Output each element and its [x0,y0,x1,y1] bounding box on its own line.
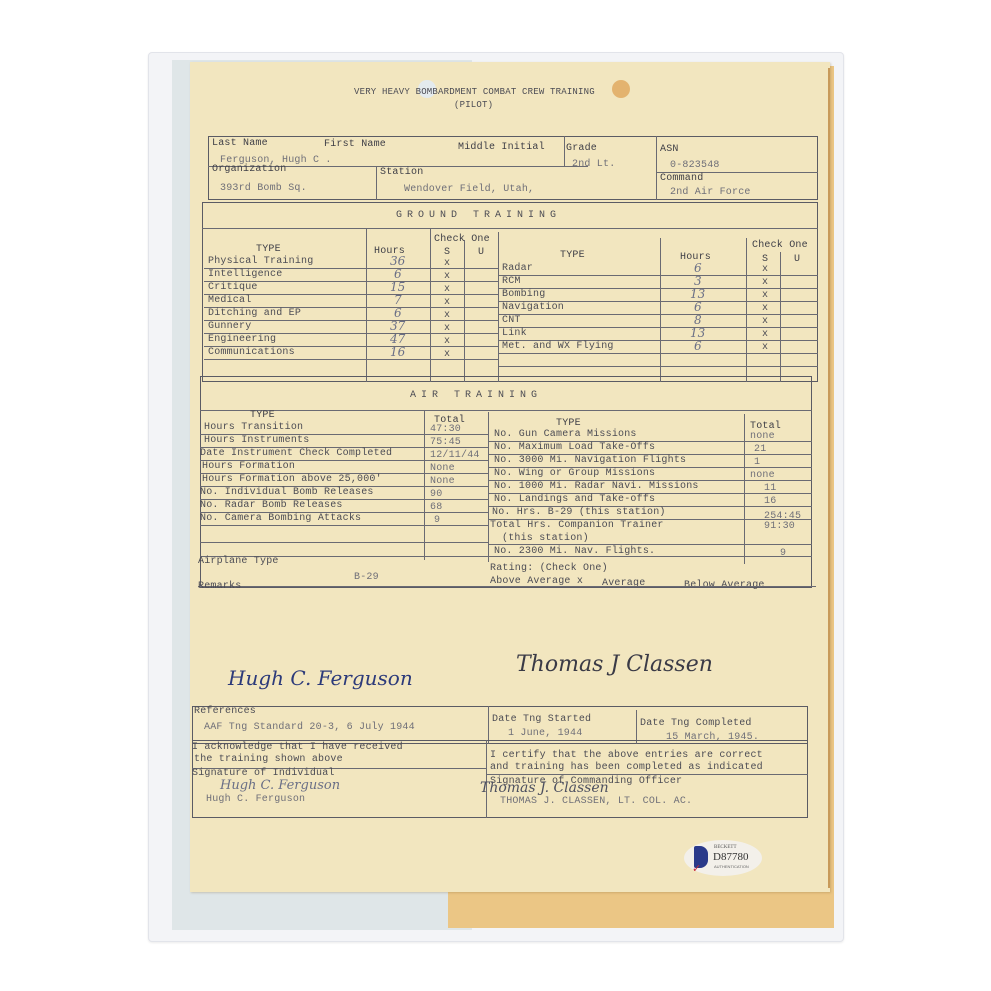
gt-right-check-header: Check One [752,240,808,251]
at-right-type: Total Hrs. Companion Trainer [490,520,664,531]
gt-left-type: Intelligence [208,269,282,280]
paper-right-edge [828,68,830,888]
at-left-total: 68 [430,502,442,513]
gt-right-hours: 3 [694,274,702,288]
officer-signature: Thomas J. Classen [480,780,609,796]
gt-right-hours: 6 [694,261,702,275]
at-left-type: Hours Formation [202,461,295,472]
airplane-type-value: B-29 [354,572,379,583]
date-started-value: 1 June, 1944 [508,728,582,739]
first-name-label: First Name [324,139,386,150]
at-left-total: 12/11/44 [430,450,480,461]
at-left-total: 9 [434,515,440,526]
at-right-type: No. Wing or Group Missions [494,468,655,479]
station-label: Station [380,167,423,178]
asn-value: 0-823548 [670,160,720,171]
gt-left-hours: 37 [390,319,405,333]
at-right-total: none [750,431,775,442]
gt-left-hours: 6 [394,267,402,281]
gt-left-hours: 36 [390,254,405,268]
gt-right-hours: 6 [694,300,702,314]
middle-initial-label: Middle Initial [458,142,545,153]
grade-value: 2nd Lt. [572,159,615,170]
gt-left-type: Physical Training [208,256,313,267]
gt-right-s: x [762,303,768,314]
at-left-type: Hours Formation above 25,000' [202,474,382,485]
date-completed-label: Date Tng Completed [640,718,752,729]
acknowledge-text-line1: I acknowledge that I have received [192,742,403,753]
individual-typed-name: Hugh C. Ferguson [206,794,305,805]
air-training-title: AIR TRAINING [410,390,542,401]
gt-left-type: Ditching and EP [208,308,301,319]
command-value: 2nd Air Force [670,187,751,198]
at-right-type: No. Maximum Load Take-Offs [494,442,655,453]
remarks-label: Remarks [198,581,241,592]
gt-left-type: Critique [208,282,258,293]
gt-left-s: x [444,349,450,360]
sticker-line: AUTHENTICATION [714,864,749,869]
grade-label: Grade [566,143,597,154]
at-right-type: (this station) [502,533,589,544]
at-right-type: No. 3000 Mi. Navigation Flights [494,455,686,466]
ground-training-title: GROUND TRAINING [396,210,561,221]
gt-right-type: RCM [502,276,521,287]
gt-right-type: Met. and WX Flying [502,341,614,352]
training-record-document: VERY HEAVY BOMBARDMENT COMBAT CREW TRAIN… [190,62,830,892]
punch-hole-right [612,80,630,98]
references-label: References [194,706,256,717]
at-left-total: 47:30 [430,424,461,435]
command-label: Command [660,173,703,184]
at-left-total: 90 [430,489,442,500]
references-value: AAF Tng Standard 20-3, 6 July 1944 [204,722,415,733]
gt-right-type: Radar [502,263,533,274]
pilot-signature-large: Hugh C. Ferguson [228,666,413,690]
at-left-total: None [430,476,455,487]
sticker-code: D87780 [713,851,748,863]
at-right-type: No. Gun Camera Missions [494,429,637,440]
at-right-total: 21 [754,444,766,455]
last-name-label: Last Name [212,138,268,149]
gt-left-s: x [444,271,450,282]
at-left-type: Hours Instruments [204,435,309,446]
gt-left-s: x [444,297,450,308]
rating-average: Average [602,578,645,589]
document-title: VERY HEAVY BOMBARDMENT COMBAT CREW TRAIN… [354,87,595,97]
gt-left-s: x [444,310,450,321]
authentication-sticker: ✓ BECKETT D87780 AUTHENTICATION [684,840,762,876]
at-left-type: No. Individual Bomb Releases [200,487,374,498]
at-left-total: 75:45 [430,437,461,448]
gt-right-hours: 6 [694,339,702,353]
sticker-brand: BECKETT [714,845,737,850]
officer-signature-large: Thomas J Classen [516,652,713,677]
at-left-type: Date Instrument Check Completed [200,448,392,459]
gt-left-check-header: Check One [434,234,490,245]
gt-right-type: CNT [502,315,521,326]
document-subtitle: (PILOT) [454,100,493,110]
gt-left-s: x [444,323,450,334]
gt-left-hours: 16 [390,345,405,359]
gt-left-type: Communications [208,347,295,358]
at-right-type: No. Landings and Take-offs [494,494,655,505]
gt-right-s: x [762,290,768,301]
at-right-type-header: TYPE [556,418,581,429]
gt-left-type: Medical [208,295,251,306]
at-left-total: None [430,463,455,474]
gt-right-type: Link [502,328,527,339]
organization-label: Organization [212,164,286,175]
asn-label: ASN [660,144,679,155]
at-left-type: No. Radar Bomb Releases [200,500,343,511]
gt-left-type: Engineering [208,334,276,345]
gt-left-s: x [444,336,450,347]
gt-left-u-header: U [478,247,484,258]
acknowledge-text-line2: the training shown above [194,754,343,765]
gt-right-hours: 13 [690,287,705,301]
at-right-total: 1 [754,457,760,468]
gt-left-s-header: S [444,247,450,258]
gt-right-s: x [762,342,768,353]
at-right-type: No. Hrs. B-29 (this station) [492,507,666,518]
checkmark-icon: ✓ [692,862,701,875]
station-value: Wendover Field, Utah, [404,184,534,195]
at-left-type-header: TYPE [250,410,275,421]
certify-text-line2: and training has been completed as indic… [490,762,763,773]
gt-left-hours: 7 [394,293,402,307]
gt-right-type: Bombing [502,289,545,300]
gt-left-s: x [444,284,450,295]
at-left-type: Hours Transition [204,422,303,433]
gt-right-hours: 8 [694,313,702,327]
at-left-type: No. Camera Bombing Attacks [200,513,361,524]
at-right-total: 9 [780,548,786,559]
date-started-label: Date Tng Started [492,714,591,725]
airplane-type-label: Airplane Type [198,556,279,567]
gt-left-type-header: TYPE [256,244,281,255]
at-right-type: No. 1000 Mi. Radar Navi. Missions [494,481,699,492]
gt-right-hours: 13 [690,326,705,340]
at-right-total: 91:30 [764,521,795,532]
gt-left-hours: 47 [390,332,405,346]
gt-left-hours: 6 [394,306,402,320]
gt-right-s: x [762,277,768,288]
gt-right-u-header: U [794,254,800,265]
gt-left-s: x [444,258,450,269]
officer-typed-name: THOMAS J. CLASSEN, LT. COL. AC. [500,796,692,807]
at-right-total: none [750,470,775,481]
gt-right-type-header: TYPE [560,250,585,261]
gt-left-type: Gunnery [208,321,251,332]
organization-value: 393rd Bomb Sq. [220,183,307,194]
rating-label: Rating: (Check One) [490,563,608,574]
individual-signature: Hugh C. Ferguson [220,778,340,793]
gt-right-s: x [762,316,768,327]
at-right-total: 11 [764,483,776,494]
at-right-type: No. 2300 Mi. Nav. Flights. [494,546,655,557]
gt-right-s: x [762,264,768,275]
gt-right-s: x [762,329,768,340]
gt-right-type: Navigation [502,302,564,313]
at-right-total: 16 [764,496,776,507]
gt-left-hours: 15 [390,280,405,294]
certify-text-line1: I certify that the above entries are cor… [490,750,763,761]
